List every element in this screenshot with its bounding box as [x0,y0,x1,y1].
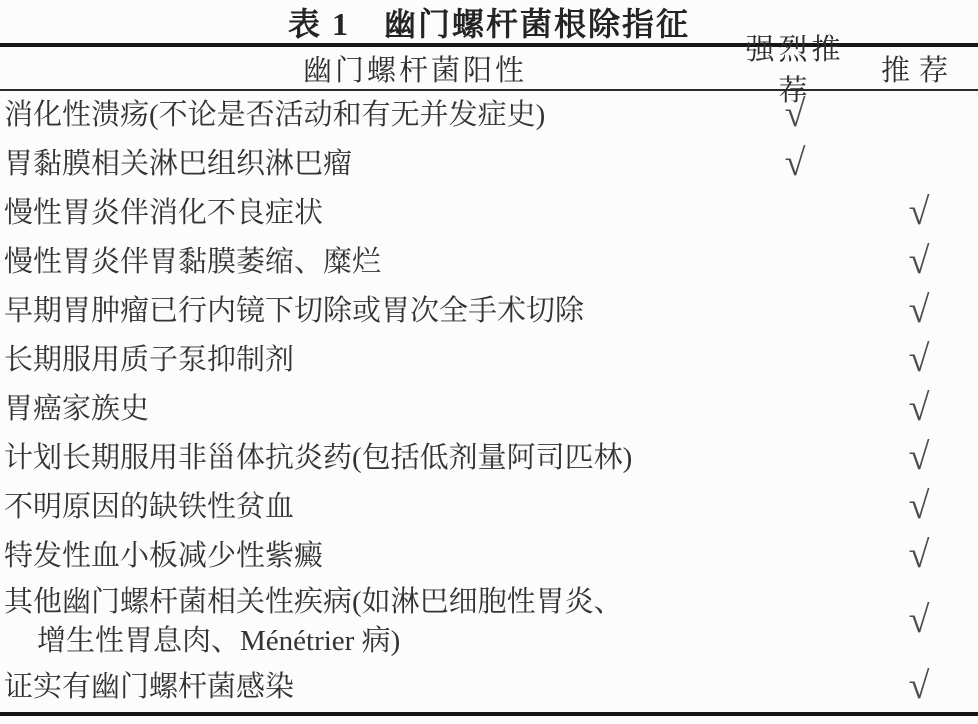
recommend-cell: √ [860,538,978,576]
recommend-cell: √ [860,244,978,282]
recommend-cell: √ [860,669,978,707]
recommend-cell: √ [860,293,978,331]
table-row: 慢性胃炎伴消化不良症状 √ [0,189,978,238]
indication-cell: 消化性溃疡(不论是否活动和有无并发症史) [0,96,730,135]
recommend-cell: √ [860,342,978,380]
table-row: 消化性溃疡(不论是否活动和有无并发症史) √ [0,91,978,140]
indication-cell: 计划长期服用非甾体抗炎药(包括低剂量阿司匹林) [0,439,730,478]
indication-cell: 胃癌家族史 [0,390,730,429]
indication-cell: 其他幽门螺杆菌相关性疾病(如淋巴细胞性胃炎、 增生性胃息肉、Ménétrier … [0,583,730,661]
recommend-cell: √ [860,603,978,641]
recommend-cell: √ [860,391,978,429]
bottom-rule [0,712,978,716]
indication-cell: 证实有幽门螺杆菌感染 [0,668,730,707]
checkmark-icon: √ [909,242,930,280]
checkmark-icon: √ [909,389,930,427]
strong-recommend-cell [730,679,860,697]
recommend-cell: √ [860,195,978,233]
table-row: 不明原因的缺铁性贫血 √ [0,483,978,532]
header-recommended: 推荐 [860,48,978,89]
strong-recommend-cell [730,352,860,370]
table-row: 证实有幽门螺杆菌感染 √ [0,663,978,712]
table-figure: 表 1 幽门螺杆菌根除指征 幽门螺杆菌阳性 强烈推荐 推荐 消化性溃疡(不论是否… [0,0,978,724]
checkmark-icon: √ [909,340,930,378]
table-row: 胃黏膜相关淋巴组织淋巴瘤 √ [0,140,978,189]
table-row: 胃癌家族史 √ [0,385,978,434]
checkmark-icon: √ [909,536,930,574]
indication-cell: 特发性血小板减少性紫癜 [0,537,730,576]
indication-cell: 胃黏膜相关淋巴组织淋巴瘤 [0,145,730,184]
table-row: 长期服用质子泵抑制剂 √ [0,336,978,385]
table-row: 其他幽门螺杆菌相关性疾病(如淋巴细胞性胃炎、 增生性胃息肉、Ménétrier … [0,581,978,663]
checkmark-icon: √ [909,667,930,705]
indication-cell: 早期胃肿瘤已行内镜下切除或胃次全手术切除 [0,292,730,331]
recommend-cell: √ [860,489,978,527]
checkmark-icon: √ [909,291,930,329]
table-body: 消化性溃疡(不论是否活动和有无并发症史) √ 胃黏膜相关淋巴组织淋巴瘤 √ 慢性… [0,91,978,712]
table-row: 慢性胃炎伴胃黏膜萎缩、糜烂 √ [0,238,978,287]
strong-recommend-cell [730,254,860,272]
table-header-row: 幽门螺杆菌阳性 强烈推荐 推荐 [0,47,978,89]
strong-recommend-cell [730,205,860,223]
checkmark-icon: √ [785,144,806,182]
checkmark-icon: √ [909,601,930,639]
strong-recommend-cell [730,548,860,566]
checkmark-icon: √ [785,95,806,133]
recommend-cell [860,107,978,125]
header-hp-positive: 幽门螺杆菌阳性 [0,48,730,89]
indication-cell: 慢性胃炎伴胃黏膜萎缩、糜烂 [0,243,730,282]
table-row: 早期胃肿瘤已行内镜下切除或胃次全手术切除 √ [0,287,978,336]
checkmark-icon: √ [909,438,930,476]
strong-recommend-cell [730,303,860,321]
indication-cell: 长期服用质子泵抑制剂 [0,341,730,380]
checkmark-icon: √ [909,193,930,231]
strong-recommend-cell [730,613,860,631]
table-row: 特发性血小板减少性紫癜 √ [0,532,978,581]
indication-cell: 慢性胃炎伴消化不良症状 [0,194,730,233]
strong-recommend-cell: √ [730,97,860,135]
recommend-cell [860,156,978,174]
table-row: 计划长期服用非甾体抗炎药(包括低剂量阿司匹林) √ [0,434,978,483]
strong-recommend-cell: √ [730,146,860,184]
recommend-cell: √ [860,440,978,478]
strong-recommend-cell [730,450,860,468]
indication-cell: 不明原因的缺铁性贫血 [0,488,730,527]
checkmark-icon: √ [909,487,930,525]
strong-recommend-cell [730,499,860,517]
strong-recommend-cell [730,401,860,419]
